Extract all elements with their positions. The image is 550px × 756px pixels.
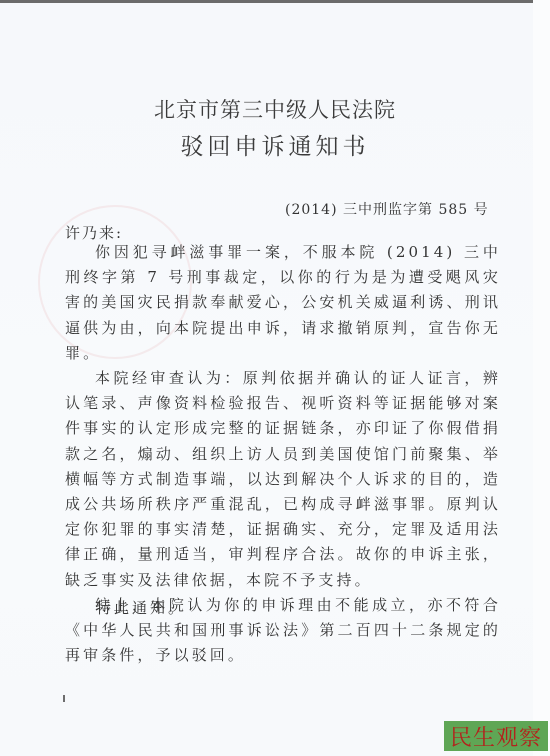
paragraph-appeal-summary: 你因犯寻衅滋事罪一案，不服本院 (2014) 三中刑终字第 7 号刑事裁定，以你… — [65, 240, 501, 366]
watermark-text: 民生观察 — [450, 721, 542, 752]
paragraph-court-review: 本院经审查认为：原判依据并确认的证人证言，辨认笔录、声像资料检验报告、视听资料等… — [65, 366, 501, 593]
court-name: 北京市第三中级人民法院 — [0, 94, 550, 124]
page-number-mark — [63, 695, 65, 702]
watermark-badge: 民生观察 — [444, 721, 548, 751]
scan-top-border — [0, 0, 550, 3]
document-title: 驳回申诉通知书 — [0, 128, 550, 161]
scanned-document-page: 北京市第三中级人民法院 驳回申诉通知书 (2014) 三中刑监字第 585 号 … — [0, 0, 550, 756]
case-number: (2014) 三中刑监字第 585 号 — [285, 199, 489, 219]
closing-notice: 特此通知。 — [96, 597, 186, 618]
